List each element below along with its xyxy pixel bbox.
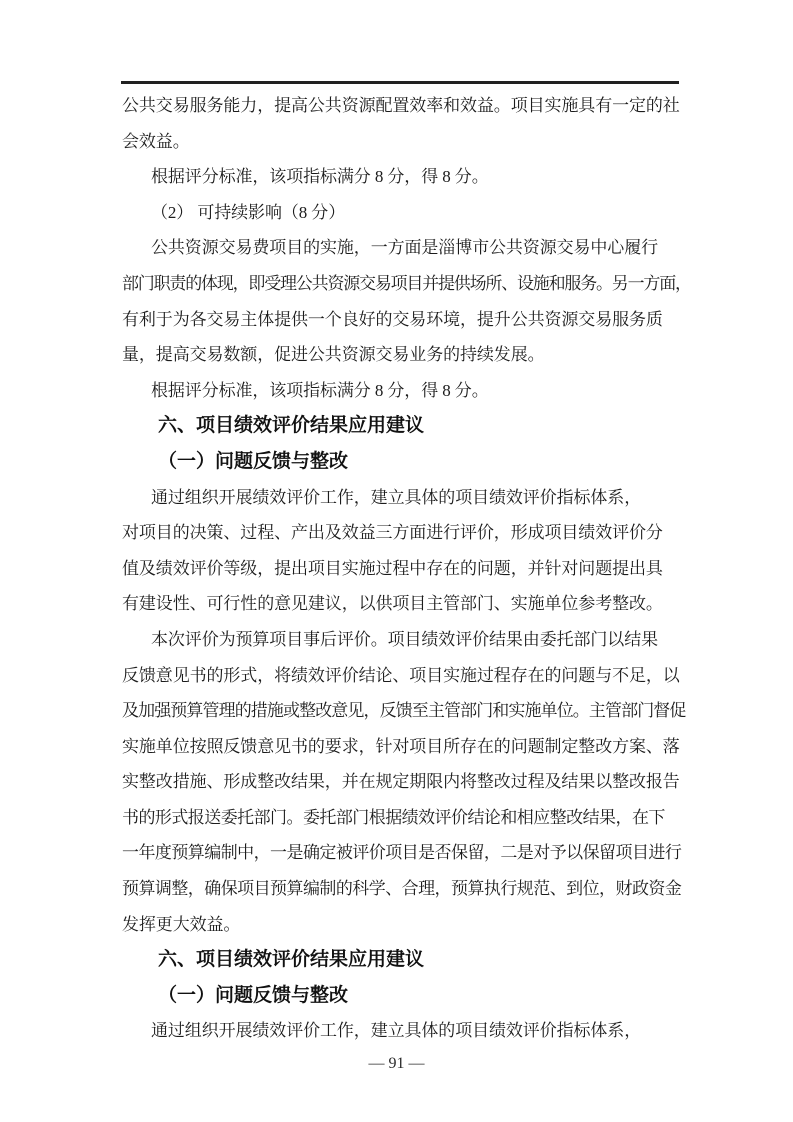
text-line: 对项目的决策、过程、产出及效益三方面进行评价，形成项目绩效评价分 <box>122 515 679 551</box>
paragraph: 根据评分标准，该项指标满分 8 分，得 8 分。 <box>122 159 679 195</box>
section-heading-text: 六、项目绩效评价结果应用建议 <box>122 408 679 444</box>
text-line: 反馈意见书的形式，将绩效评价结论、项目实施过程存在的问题与不足，以 <box>122 658 679 694</box>
document-page: 公共交易服务能力，提高公共资源配置效率和效益。项目实施具有一定的社 会效益。 根… <box>0 0 793 1122</box>
header-rule <box>121 81 679 84</box>
text-line: 部门职责的体现，即受理公共资源交易项目并提供场所、设施和服务。另一方面， <box>122 266 679 302</box>
text-line: 有利于为各交易主体提供一个良好的交易环境，提升公共资源交易服务质 <box>122 302 679 338</box>
paragraph: 公共交易服务能力，提高公共资源配置效率和效益。项目实施具有一定的社 会效益。 <box>122 88 679 159</box>
text-line: 通过组织开展绩效评价工作，建立具体的项目绩效评价指标体系， <box>122 480 679 516</box>
paragraph: （2） 可持续影响（8 分） <box>122 195 679 231</box>
text-line: 根据评分标准，该项指标满分 8 分，得 8 分。 <box>122 373 679 409</box>
text-line: 通过组织开展绩效评价工作，建立具体的项目绩效评价指标体系， <box>122 1013 679 1049</box>
text-line: 公共资源交易费项目的实施，一方面是淄博市公共资源交易中心履行 <box>122 230 679 266</box>
text-line: 会效益。 <box>122 124 679 160</box>
paragraph: 通过组织开展绩效评价工作，建立具体的项目绩效评价指标体系， 对项目的决策、过程、… <box>122 480 679 622</box>
paragraph: 通过组织开展绩效评价工作，建立具体的项目绩效评价指标体系， <box>122 1013 679 1049</box>
paragraph: 根据评分标准，该项指标满分 8 分，得 8 分。 <box>122 373 679 409</box>
text-line: 预算调整，确保项目预算编制的科学、合理，预算执行规范、到位，财政资金 <box>122 871 679 907</box>
text-line: 发挥更大效益。 <box>122 907 679 943</box>
document-body: 公共交易服务能力，提高公共资源配置效率和效益。项目实施具有一定的社 会效益。 根… <box>122 88 679 1049</box>
subsection-heading-text: （一）问题反馈与整改 <box>122 978 679 1014</box>
text-line: 本次评价为预算项目事后评价。项目绩效评价结果由委托部门以结果 <box>122 622 679 658</box>
subsection-heading: （一）问题反馈与整改 <box>122 444 679 480</box>
section-heading: 六、项目绩效评价结果应用建议 <box>122 408 679 444</box>
text-line: （2） 可持续影响（8 分） <box>122 195 679 231</box>
paragraph: 公共资源交易费项目的实施，一方面是淄博市公共资源交易中心履行 部门职责的体现，即… <box>122 230 679 372</box>
page-footer: — 91 — <box>0 1053 793 1075</box>
text-line: 书的形式报送委托部门。委托部门根据绩效评价结论和相应整改结果，在下 <box>122 800 679 836</box>
text-line: 及加强预算管理的措施或整改意见，反馈至主管部门和实施单位。主管部门督促 <box>122 693 679 729</box>
text-line: 有建设性、可行性的意见建议，以供项目主管部门、实施单位参考整改。 <box>122 586 679 622</box>
text-line: 一年度预算编制中，一是确定被评价项目是否保留，二是对予以保留项目进行 <box>122 835 679 871</box>
text-line: 量，提高交易数额，促进公共资源交易业务的持续发展。 <box>122 337 679 373</box>
text-line: 实整改措施、形成整改结果，并在规定期限内将整改过程及结果以整改报告 <box>122 764 679 800</box>
subsection-heading-text: （一）问题反馈与整改 <box>122 444 679 480</box>
subsection-heading: （一）问题反馈与整改 <box>122 978 679 1014</box>
page-number: — 91 — <box>369 1055 425 1072</box>
section-heading: 六、项目绩效评价结果应用建议 <box>122 942 679 978</box>
text-line: 实施单位按照反馈意见书的要求，针对项目所存在的问题制定整改方案、落 <box>122 729 679 765</box>
text-line: 值及绩效评价等级，提出项目实施过程中存在的问题，并针对问题提出具 <box>122 551 679 587</box>
section-heading-text: 六、项目绩效评价结果应用建议 <box>122 942 679 978</box>
text-line: 根据评分标准，该项指标满分 8 分，得 8 分。 <box>122 159 679 195</box>
text-line: 公共交易服务能力，提高公共资源配置效率和效益。项目实施具有一定的社 <box>122 88 679 124</box>
paragraph: 本次评价为预算项目事后评价。项目绩效评价结果由委托部门以结果 反馈意见书的形式，… <box>122 622 679 942</box>
